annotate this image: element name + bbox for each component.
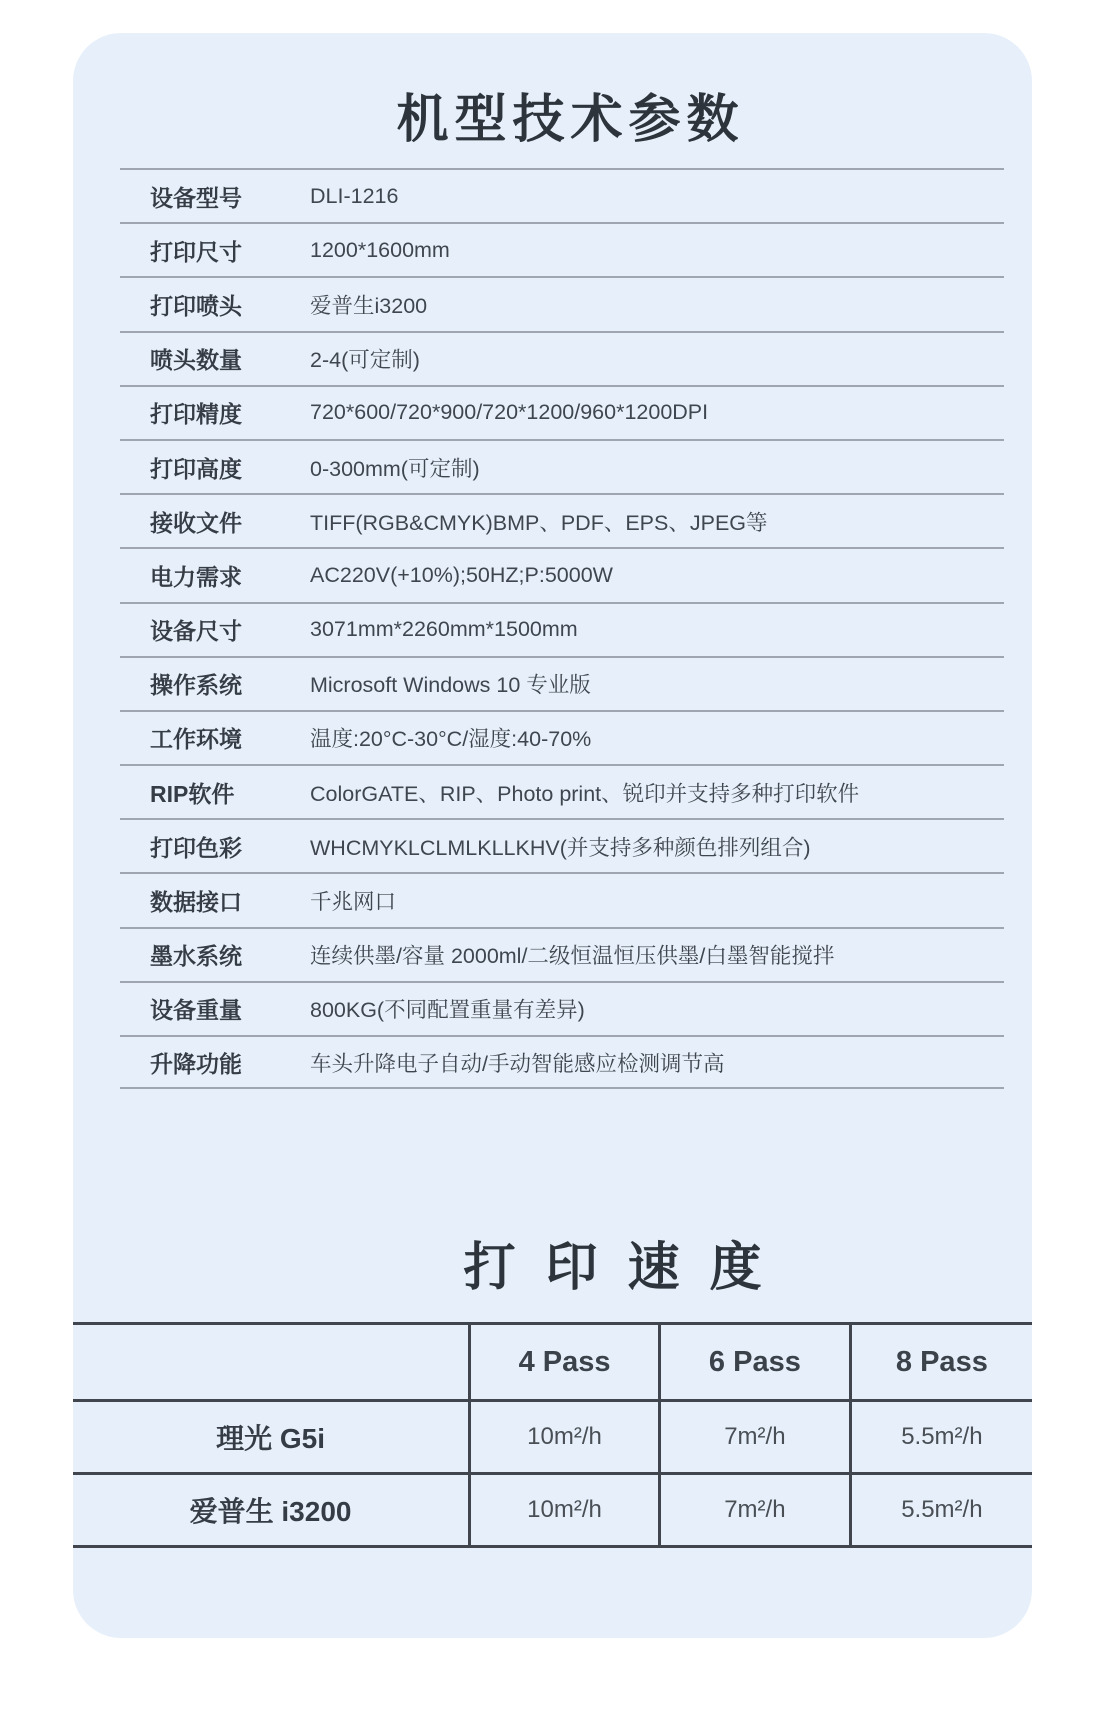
speed-section-title: 打印速度 [73, 1231, 1032, 1293]
page-title: 机型技术参数 [73, 33, 1032, 168]
spec-label: 设备型号 [120, 180, 310, 213]
spec-row: 操作系统Microsoft Windows 10 专业版 [120, 656, 1004, 710]
spec-label: 工作环境 [120, 721, 310, 754]
spec-value: DLI-1216 [310, 184, 1004, 209]
speed-value-cell: 7m²/h [658, 1475, 849, 1545]
spec-row: 数据接口千兆网口 [120, 872, 1004, 926]
spec-row: 打印喷头爱普生i3200 [120, 276, 1004, 330]
spec-row: 设备尺寸3071mm*2260mm*1500mm [120, 602, 1004, 656]
spec-value: 车头升降电子自动/手动智能感应检测调节高 [310, 1047, 1004, 1078]
spec-value: 720*600/720*900/720*1200/960*1200DPI [310, 400, 1004, 425]
speed-value-cell: 10m²/h [468, 1402, 658, 1472]
spec-value: 2-4(可定制) [310, 343, 1004, 374]
speed-data-row: 爱普生 i320010m²/h7m²/h5.5m²/h [73, 1475, 1032, 1548]
spec-label: 墨水系统 [120, 938, 310, 971]
spec-value: WHCMYKLCLMLKLLKHV(并支持多种颜色排列组合) [310, 831, 1004, 862]
speed-value-cell: 5.5m²/h [849, 1402, 1032, 1472]
spec-value: 温度:20°C-30°C/湿度:40-70% [310, 722, 1004, 753]
spec-label: 设备尺寸 [120, 613, 310, 646]
spec-value: ColorGATE、RIP、Photo print、锐印并支持多种打印软件 [310, 777, 1004, 808]
speed-header-row: 4 Pass6 Pass8 Pass [73, 1325, 1032, 1402]
spec-row: 打印尺寸1200*1600mm [120, 222, 1004, 276]
spec-row: 接收文件TIFF(RGB&CMYK)BMP、PDF、EPS、JPEG等 [120, 493, 1004, 547]
speed-header-cell: 8 Pass [849, 1325, 1032, 1399]
spec-card: 机型技术参数 设备型号DLI-1216打印尺寸1200*1600mm打印喷头爱普… [73, 33, 1032, 1638]
spec-row: 电力需求AC220V(+10%);50HZ;P:5000W [120, 547, 1004, 601]
spec-label: 打印尺寸 [120, 234, 310, 267]
speed-table: 4 Pass6 Pass8 Pass理光 G5i10m²/h7m²/h5.5m²… [73, 1322, 1032, 1548]
speed-header-cell: 4 Pass [468, 1325, 658, 1399]
spec-row: 打印色彩WHCMYKLCLMLKLLKHV(并支持多种颜色排列组合) [120, 818, 1004, 872]
spec-value: 1200*1600mm [310, 238, 1004, 263]
spec-row: 喷头数量2-4(可定制) [120, 331, 1004, 385]
spec-value: 800KG(不同配置重量有差异) [310, 993, 1004, 1024]
spec-label: 接收文件 [120, 505, 310, 538]
spec-row: 墨水系统连续供墨/容量 2000ml/二级恒温恒压供墨/白墨智能搅拌 [120, 927, 1004, 981]
spec-row: 升降功能车头升降电子自动/手动智能感应检测调节高 [120, 1035, 1004, 1089]
spec-label: 操作系统 [120, 667, 310, 700]
spec-label: 设备重量 [120, 992, 310, 1025]
speed-header-cell: 6 Pass [658, 1325, 849, 1399]
spec-label: 升降功能 [120, 1046, 310, 1079]
spec-row: 工作环境温度:20°C-30°C/湿度:40-70% [120, 710, 1004, 764]
spec-table: 设备型号DLI-1216打印尺寸1200*1600mm打印喷头爱普生i3200喷… [120, 168, 1004, 1089]
spec-value: 3071mm*2260mm*1500mm [310, 617, 1004, 642]
speed-value-cell: 10m²/h [468, 1475, 658, 1545]
spec-row: 打印精度720*600/720*900/720*1200/960*1200DPI [120, 385, 1004, 439]
spec-label: 数据接口 [120, 884, 310, 917]
speed-header-empty [73, 1325, 468, 1399]
spec-value: TIFF(RGB&CMYK)BMP、PDF、EPS、JPEG等 [310, 506, 1004, 537]
spec-row: 打印高度0-300mm(可定制) [120, 439, 1004, 493]
spec-row: 设备型号DLI-1216 [120, 168, 1004, 222]
spec-label: 打印喷头 [120, 288, 310, 321]
speed-row-label: 爱普生 i3200 [73, 1475, 468, 1545]
spec-row: 设备重量800KG(不同配置重量有差异) [120, 981, 1004, 1035]
spec-label: 喷头数量 [120, 342, 310, 375]
speed-data-row: 理光 G5i10m²/h7m²/h5.5m²/h [73, 1402, 1032, 1475]
speed-value-cell: 5.5m²/h [849, 1475, 1032, 1545]
speed-value-cell: 7m²/h [658, 1402, 849, 1472]
speed-row-label: 理光 G5i [73, 1402, 468, 1472]
spec-label: 打印精度 [120, 396, 310, 429]
spec-label: 打印色彩 [120, 830, 310, 863]
spec-value: AC220V(+10%);50HZ;P:5000W [310, 563, 1004, 588]
spec-value: Microsoft Windows 10 专业版 [310, 668, 1004, 699]
spec-label: 电力需求 [120, 559, 310, 592]
spec-row: RIP软件ColorGATE、RIP、Photo print、锐印并支持多种打印… [120, 764, 1004, 818]
spec-value: 千兆网口 [310, 885, 1004, 916]
spec-value: 连续供墨/容量 2000ml/二级恒温恒压供墨/白墨智能搅拌 [310, 939, 1004, 970]
spec-label: RIP软件 [120, 776, 310, 809]
spec-label: 打印高度 [120, 451, 310, 484]
spec-value: 0-300mm(可定制) [310, 452, 1004, 483]
spec-value: 爱普生i3200 [310, 289, 1004, 320]
